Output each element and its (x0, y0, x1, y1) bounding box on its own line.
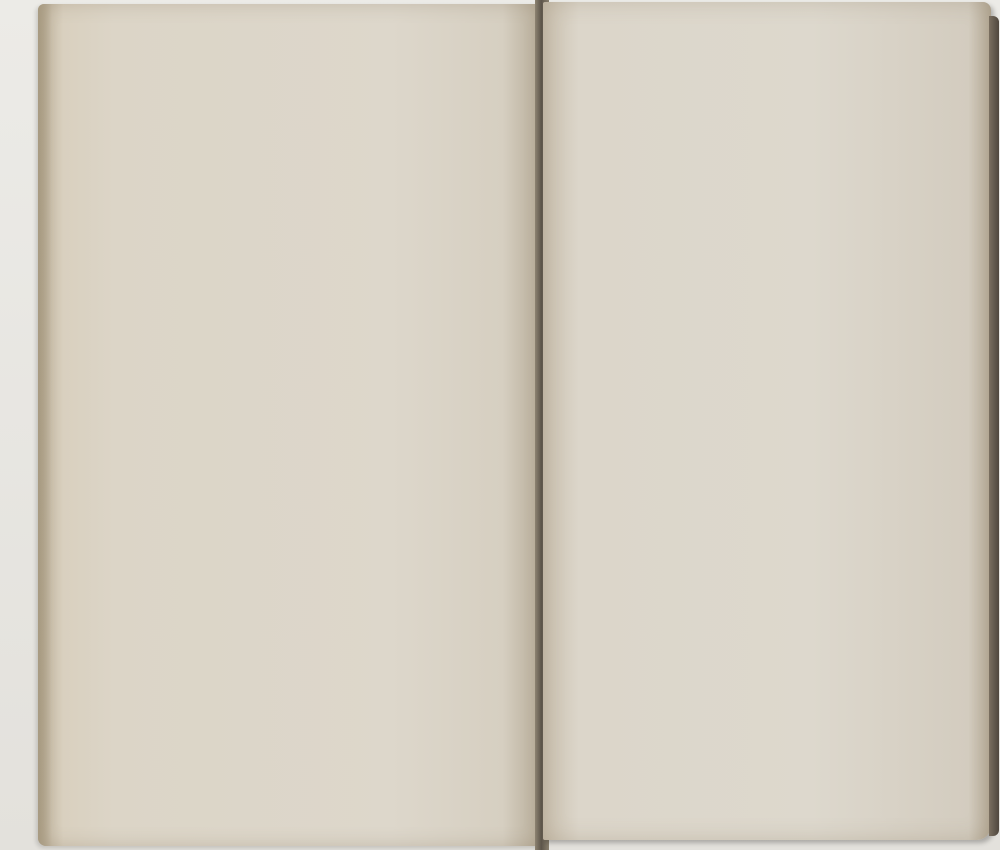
open-book (0, 0, 1000, 850)
left-page (38, 4, 543, 846)
right-page (543, 2, 991, 840)
